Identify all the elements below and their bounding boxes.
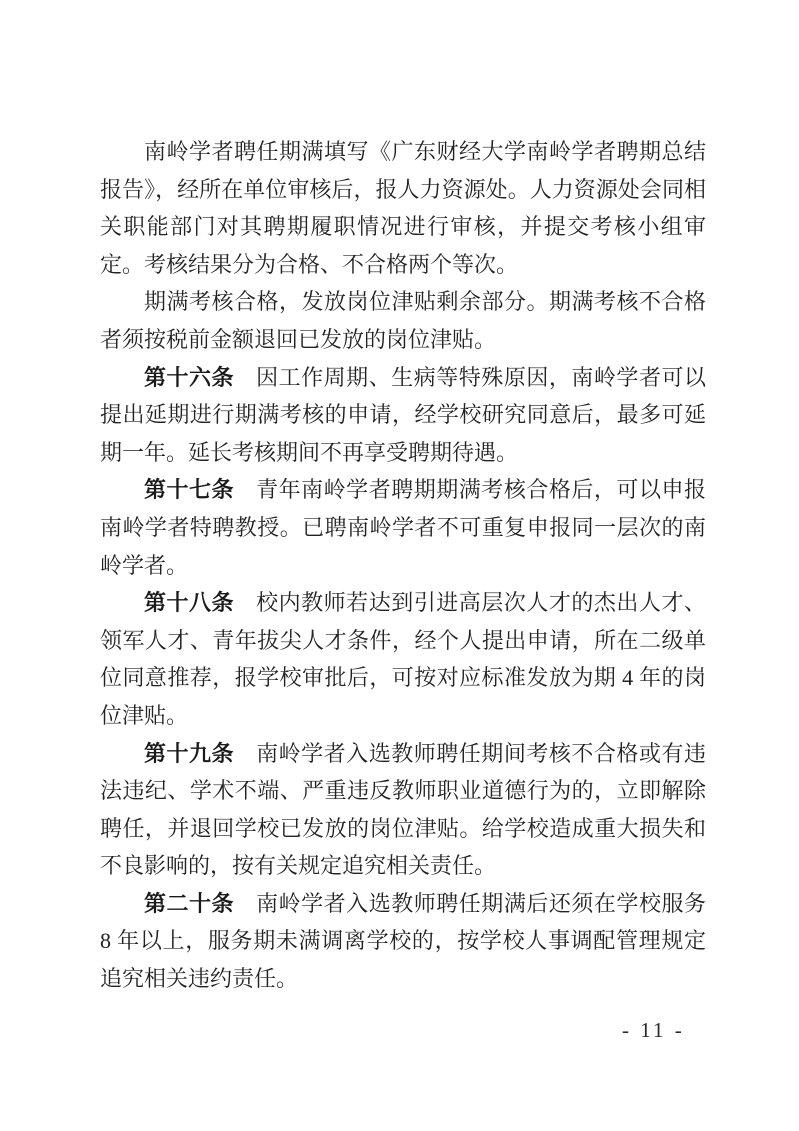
paragraph-text: 期满考核合格，发放岗位津贴剩余部分。期满考核不合格者须按税前金额退回已发放的岗位… [100, 289, 706, 352]
paragraph-article-17: 第十七条青年南岭学者聘期期满考核合格后，可以申报南岭学者特聘教授。已聘南岭学者不… [100, 471, 706, 584]
paragraph-article-16: 第十六条因工作周期、生病等特殊原因，南岭学者可以提出延期进行期满考核的申请，经学… [100, 359, 706, 472]
article-number: 第十九条 [144, 741, 256, 766]
paragraph-article-18: 第十八条校内教师若达到引进高层次人才的杰出人才、领军人才、青年拔尖人才条件，经个… [100, 584, 706, 734]
paragraph-article-19: 第十九条南岭学者入选教师聘任期间考核不合格或有违法违纪、学术不端、严重违反教师职… [100, 735, 706, 885]
document-body: 南岭学者聘任期满填写《广东财经大学南岭学者聘期总结报告》，经所在单位审核后，报人… [100, 133, 706, 998]
paragraph-text: 南岭学者聘任期满填写《广东财经大学南岭学者聘期总结报告》，经所在单位审核后，报人… [100, 139, 706, 277]
article-number: 第二十条 [144, 891, 256, 916]
paragraph: 南岭学者聘任期满填写《广东财经大学南岭学者聘期总结报告》，经所在单位审核后，报人… [100, 133, 706, 283]
article-number: 第十八条 [144, 590, 256, 615]
article-number: 第十七条 [144, 477, 256, 502]
page-number: - 11 - [622, 1018, 685, 1043]
document-page: 南岭学者聘任期满填写《广东财经大学南岭学者聘期总结报告》，经所在单位审核后，报人… [0, 0, 799, 1131]
paragraph: 期满考核合格，发放岗位津贴剩余部分。期满考核不合格者须按税前金额退回已发放的岗位… [100, 283, 706, 358]
paragraph-article-20: 第二十条南岭学者入选教师聘任期满后还须在学校服务 8 年以上，服务期未满调离学校… [100, 885, 706, 998]
article-number: 第十六条 [144, 365, 256, 390]
